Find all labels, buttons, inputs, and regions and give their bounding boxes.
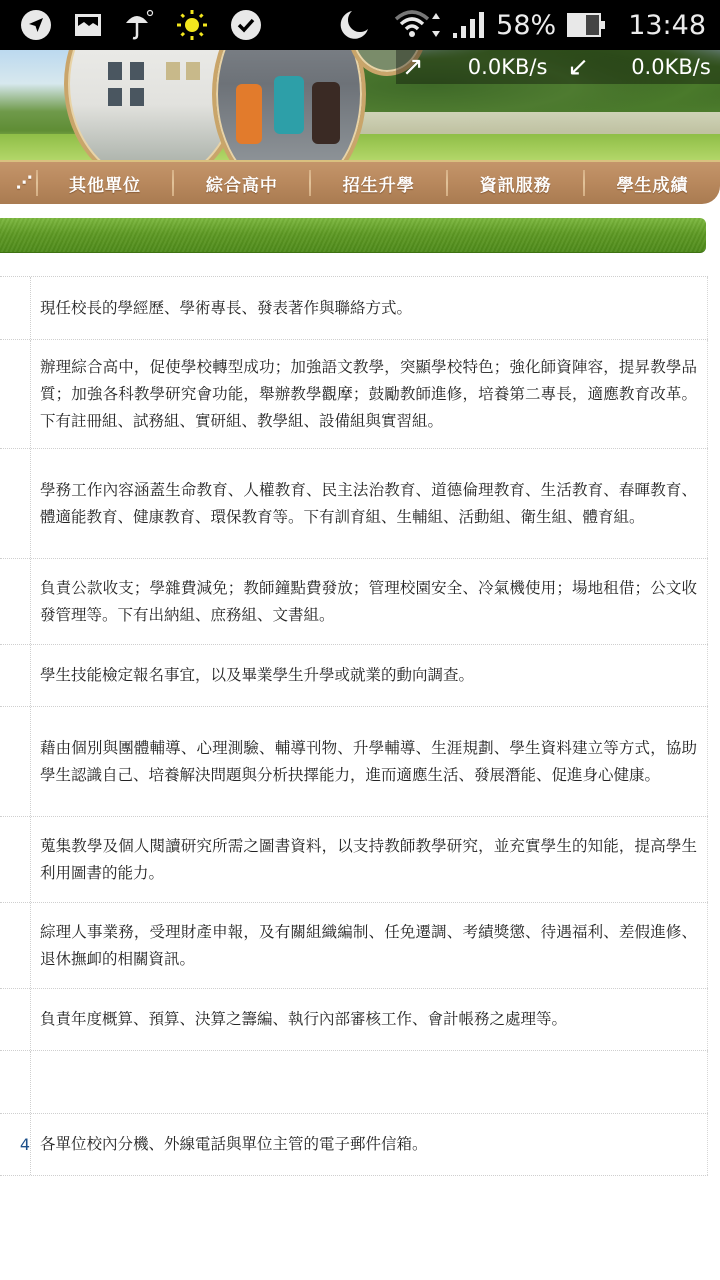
battery-icon [566,11,606,39]
umbrella-weather-icon [124,9,154,41]
nav-item-label: ⋰ [16,173,34,193]
sun-weather-icon [176,9,208,41]
description-cell: 學生技能檢定報名事宜，以及畢業學生升學或就業的動向調查。 [31,645,708,706]
unit-name-cell[interactable] [0,449,31,558]
upload-arrow-icon: ↗ [402,52,424,82]
nav-item-label: 資訊服務 [480,171,552,196]
table-row: 負責公款收支；學雜費減免；教師鐘點費發放；管理校園安全、冷氣機使用；場地租借；公… [0,559,708,645]
status-bar: 58% 13:48 [0,0,720,50]
nav-item-comprehensive-high-school[interactable]: 綜合高中 [174,162,309,204]
description-cell: 現任校長的學經歷、學術專長、發表著作與聯絡方式。 [31,277,708,339]
table-row: 負責年度概算、預算、決算之籌編、執行內部審核工作、會計帳務之處理等。 [0,989,708,1051]
department-table: 現任校長的學經歷、學術專長、發表著作與聯絡方式。 辦理綜合高中，促使學校轉型成功… [0,276,708,1176]
download-speed: 0.0KB/s [631,55,711,79]
nav-item-label: 學生成績 [617,171,689,196]
unit-name-cell[interactable] [0,707,31,816]
table-row: 現任校長的學經歷、學術專長、發表著作與聯絡方式。 [0,277,708,340]
nav-item-other-units[interactable]: 其他單位 [38,162,173,204]
nav-item-label: 招生升學 [343,171,415,196]
table-row: 學務工作內容涵蓋生命教育、人權教育、民主法治教育、道德倫理教育、生活教育、春暉教… [0,449,708,559]
nav-item-partial[interactable]: ⋰ [0,162,36,204]
nav-item-label: 綜合高中 [206,171,278,196]
signal-icon [452,9,486,41]
table-row: 綜理人事業務，受理財產申報，及有關組織編制、任免遷調、考績獎懲、待遇福利、差假進… [0,903,708,989]
image-icon [74,12,102,38]
banner-building [360,112,720,134]
upload-speed: 0.0KB/s [468,55,548,79]
unit-name-cell[interactable] [0,1051,31,1113]
navigation-icon [20,9,52,41]
description-cell [31,1051,708,1113]
table-row [0,1051,708,1114]
unit-name-cell[interactable] [0,817,31,902]
clock: 13:48 [628,10,706,41]
table-row: 4 各單位校內分機、外線電話與單位主管的電子郵件信箱。 [0,1114,708,1176]
description-cell: 各單位校內分機、外線電話與單位主管的電子郵件信箱。 [31,1114,708,1175]
unit-name-cell[interactable] [0,645,31,706]
unit-name-cell[interactable] [0,277,31,339]
description-cell: 藉由個別與團體輔導、心理測驗、輔導刊物、升學輔導、生涯規劃、學生資料建立等方式，… [31,707,708,816]
section-header-bar [0,218,706,253]
unit-name-cell[interactable]: 4 [0,1114,31,1175]
nav-item-admissions[interactable]: 招生升學 [311,162,446,204]
nav-item-student-grades[interactable]: 學生成績 [585,162,720,204]
description-cell: 負責公款收支；學雜費減免；教師鐘點費發放；管理校園安全、冷氣機使用；場地租借；公… [31,559,708,644]
table-row: 學生技能檢定報名事宜，以及畢業學生升學或就業的動向調查。 [0,645,708,707]
unit-name-cell[interactable] [0,559,31,644]
download-arrow-icon: ↙ [567,52,589,82]
nav-item-it-services[interactable]: 資訊服務 [448,162,583,204]
description-cell: 負責年度概算、預算、決算之籌編、執行內部審核工作、會計帳務之處理等。 [31,989,708,1050]
table-row: 辦理綜合高中，促使學校轉型成功；加強語文教學，突顯學校特色；強化師資陣容，提昇教… [0,340,708,449]
description-cell: 蒐集教學及個人閱讀研究所需之圖書資料，以支持教師教學研究，並充實學生的知能，提高… [31,817,708,902]
main-nav: ⋰ 其他單位 綜合高中 招生升學 資訊服務 學生成績 [0,160,720,204]
wifi-icon [394,9,442,41]
unit-name-cell[interactable] [0,340,31,448]
table-row: 藉由個別與團體輔導、心理測驗、輔導刊物、升學輔導、生涯規劃、學生資料建立等方式，… [0,707,708,817]
check-circle-icon [230,9,262,41]
network-speed-overlay: ↗ 0.0KB/s ↙ 0.0KB/s [396,50,720,84]
unit-name-cell[interactable] [0,989,31,1050]
unit-name-cell[interactable] [0,903,31,988]
moon-icon [338,9,370,41]
description-cell: 綜理人事業務，受理財產申報，及有關組織編制、任免遷調、考績獎懲、待遇福利、差假進… [31,903,708,988]
banner-photo-students [212,50,366,162]
nav-item-label: 其他單位 [69,171,141,196]
description-cell: 學務工作內容涵蓋生命教育、人權教育、民主法治教育、道德倫理教育、生活教育、春暉教… [31,449,708,558]
table-row: 蒐集教學及個人閱讀研究所需之圖書資料，以支持教師教學研究，並充實學生的知能，提高… [0,817,708,903]
battery-percent: 58% [496,10,556,41]
description-cell: 辦理綜合高中，促使學校轉型成功；加強語文教學，突顯學校特色；強化師資陣容，提昇教… [31,340,708,448]
